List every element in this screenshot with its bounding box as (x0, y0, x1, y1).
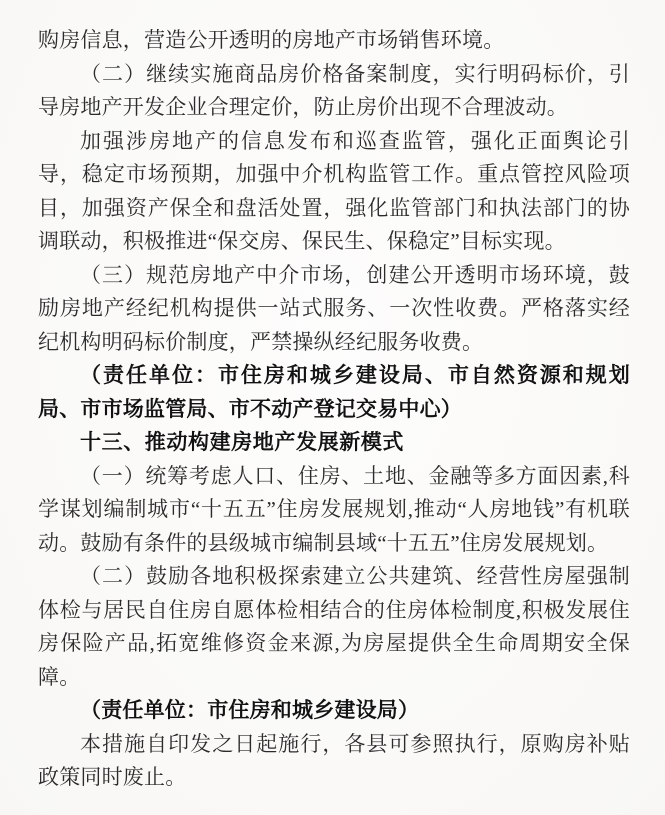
supervision-paragraph: 加强涉房地产的信息发布和巡查监管，强化正面舆论引导，稳定市场预期，加强中介机构监… (38, 125, 630, 259)
document-body: 购房信息，营造公开透明的房地产市场销售环境。 （二）继续实施商品房价格备案制度，… (38, 24, 630, 795)
document-page: 购房信息，营造公开透明的房地产市场销售环境。 （二）继续实施商品房价格备案制度，… (0, 0, 665, 815)
clause-2-housing-inspection-paragraph: （二）鼓励各地积极探索建立公共建筑、经营性房屋强制体检与居民自住房自愿体检相结合… (38, 560, 630, 694)
clause-2-price-filing-paragraph: （二）继续实施商品房价格备案制度，实行明码标价，引导房地产开发企业合理定价，防止… (38, 58, 630, 125)
section-13-heading: 十三、推动构建房地产发展新模式 (38, 426, 630, 460)
clause-3-agency-market-paragraph: （三）规范房地产中介市场，创建公开透明市场环境，鼓励房地产经纪机构提供一站式服务… (38, 259, 630, 360)
responsibility-unit-note-1: （责任单位：市住房和城乡建设局、市自然资源和规划局、市市场监管局、市不动产登记交… (38, 359, 630, 426)
closing-paragraph: 本措施自印发之日起施行，各县可参照执行，原购房补贴政策同时废止。 (38, 728, 630, 795)
clause-1-housing-plan-paragraph: （一）统筹考虑人口、住房、土地、金融等多方面因素,科学谋划编制城市“十五五”住房… (38, 460, 630, 561)
continuation-paragraph: 购房信息，营造公开透明的房地产市场销售环境。 (38, 24, 630, 58)
responsibility-unit-note-2: （责任单位：市住房和城乡建设局） (38, 694, 630, 728)
